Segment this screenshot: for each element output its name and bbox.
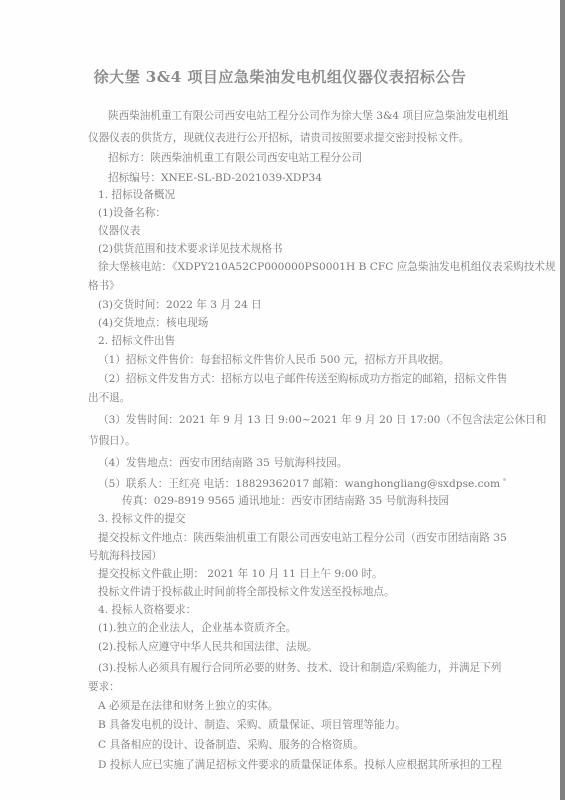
- section2-heading: 2. 招标文件出售: [98, 334, 175, 348]
- document-title: 徐大堡 3&4 项目应急柴油发电机组仪器仪表招标公告: [0, 66, 560, 87]
- intro-line-2: 仪器仪表的供货方，现就仪表进行公开招标，请贵司按照要求提交密封投标文件。: [88, 131, 469, 145]
- section4-item: C 具备相应的设计、设备制造、采购、服务的合格资质。: [98, 738, 364, 752]
- section1-item: (4)交货地点：核电现场: [98, 316, 208, 330]
- section2-item: 节假日）。: [88, 434, 136, 448]
- section1-item: 徐大堡核电站：《XDPY210A52CP000000PS0001H B CFC …: [98, 260, 556, 274]
- page-edge-shadow: [560, 0, 565, 800]
- document-page: 徐大堡 3&4 项目应急柴油发电机组仪器仪表招标公告 陕西柴油机重工有限公司西安…: [0, 0, 560, 800]
- section2-item: （4）发售地点：西安市团结南路 35 号航海科技园。: [98, 456, 347, 470]
- intro-line-1: 陕西柴油机重工有限公司西安电站工程分公司作为徐大堡 3&4 项目应急柴油发电机组: [108, 109, 508, 123]
- section1-item: (3)交货时间：2022 年 3 月 24 日: [98, 298, 262, 312]
- section2-item: 出不退。: [88, 391, 130, 405]
- section2-contact: （5）联系人：王红亮 电话：18829362017 邮箱：wanghonglia…: [98, 477, 500, 491]
- section2-item: （1）招标文件售价：每套招标文件售价人民币 500 元，招标方开具收据。: [98, 353, 450, 367]
- section4-item: B 具备发电机的设计、制造、采购、质量保证、项目管理等能力。: [98, 718, 406, 732]
- section1-item: 格书》: [88, 279, 120, 293]
- section3-item: 提交投标文件地点：陕西柴油机重工有限公司西安电站工程分公司（西安市团结南路 35: [98, 531, 507, 545]
- section4-item: (2).投标人应遵守中华人民共和国法律、法规。: [98, 640, 318, 654]
- section2-item: （3）发售时间：2021 年 9 月 13 日 9:00~2021 年 9 月 …: [98, 413, 546, 427]
- section4-item: 要求：: [88, 680, 120, 694]
- section1-item: (1)设备名称：: [98, 206, 166, 220]
- tender-number: 招标编号：XNEE-SL-BD-2021039-XDP34: [108, 171, 322, 185]
- section2-item: （2）招标文件发售方式：招标方以电子邮件传送至购标成功方指定的邮箱，招标文件售: [98, 372, 507, 386]
- tenderer: 招标方：陕西柴油机重工有限公司西安电站工程分公司: [108, 151, 362, 165]
- section4-item: A 必须是在法律和财务上独立的实体。: [98, 699, 279, 713]
- section1-heading: 1. 招标设备概况: [98, 188, 175, 202]
- scan-speck: [503, 478, 506, 481]
- section3-heading: 3. 投标文件的提交: [98, 512, 186, 526]
- section3-item: 号航海科技园）: [88, 549, 162, 563]
- section4-heading: 4. 投标人资格要求：: [98, 603, 196, 617]
- section4-item: (3).投标人必须具有履行合同所必要的财务、技术、设计和制造/采购能力，并满足下…: [98, 661, 501, 675]
- section4-item: D 投标人应已实施了满足招标文件要求的质量保证体系。投标人应根据其所承担的工程: [98, 758, 502, 772]
- section3-item: 提交投标文件截止期： 2021 年 10 月 11 日上午 9:00 时。: [98, 567, 383, 581]
- section1-item: 仪器仪表: [98, 224, 140, 238]
- section4-item: (1).独立的企业法人，企业基本资质齐全。: [98, 621, 296, 635]
- section1-item: (2)供货范围和技术要求详见技术规格书: [98, 242, 283, 256]
- section2-fax-address: 传真：029-8919 9565 通讯地址：西安市团结南路 35 号航海科技园: [122, 494, 449, 508]
- section3-item: 投标文件请于投标截止时间前将全部投标文件发送至投标地点。: [98, 585, 395, 599]
